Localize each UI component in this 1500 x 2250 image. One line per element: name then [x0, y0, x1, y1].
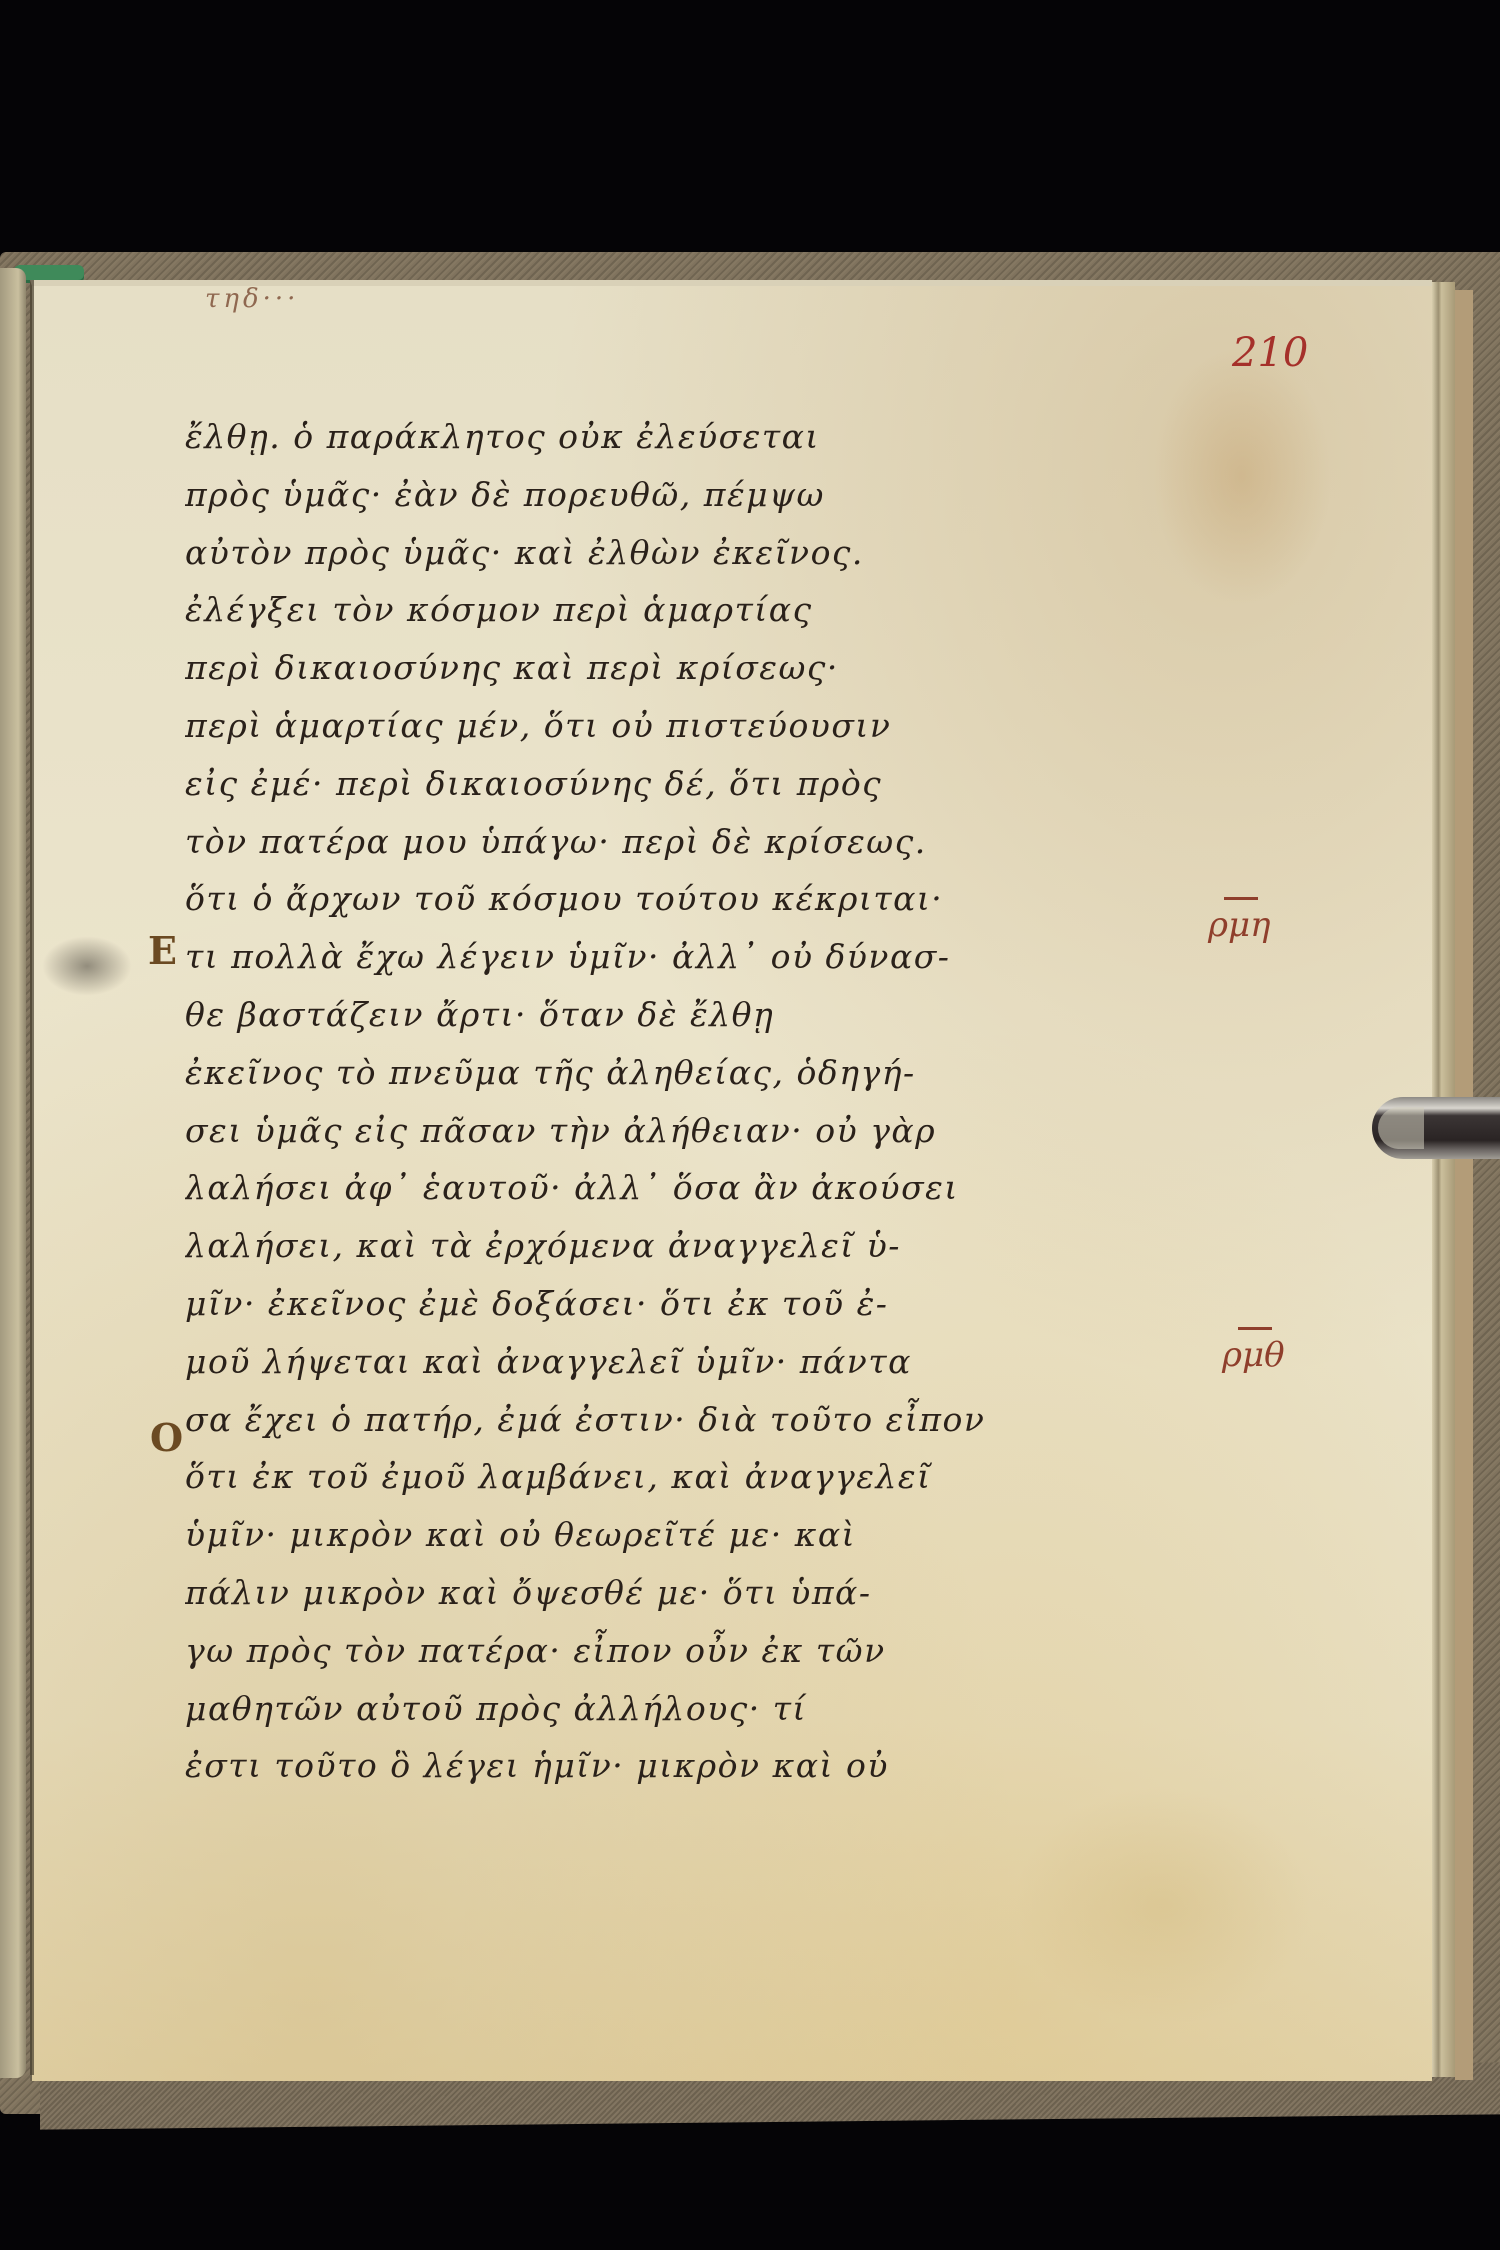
main-text-block: ἔλθῃ. ὁ παράκλητος οὐκ ἐλεύσεται πρὸς ὑμ…: [185, 408, 1145, 1795]
text-line: σει ὑμᾶς εἰς πᾶσαν τὴν ἀλήθειαν· οὐ γὰρ: [185, 1102, 1145, 1160]
decorated-initial: Ε: [148, 928, 177, 973]
text-line: λαλήσει, καὶ τὰ ἐρχόμενα ἀναγγελεῖ ὑ-: [185, 1217, 1145, 1275]
text-line: ὑμῖν· μικρὸν καὶ οὐ θεωρεῖτέ με· καὶ: [185, 1506, 1145, 1564]
stain: [42, 936, 132, 996]
bookmark-clip-icon: [1372, 1097, 1500, 1159]
board-inner-edge: [1455, 290, 1473, 2080]
text-line: περὶ ἁμαρτίας μέν, ὅτι οὐ πιστεύουσιν: [185, 697, 1145, 755]
text-line: ἐκεῖνος τὸ πνεῦμα τῆς ἀληθείας, ὁδηγή-: [185, 1044, 1145, 1102]
text-line: μαθητῶν αὐτοῦ πρὸς ἀλλήλους· τί: [185, 1680, 1145, 1738]
stain: [1152, 346, 1332, 606]
decorated-initial: Ο: [150, 1415, 183, 1460]
margin-section-number: ρμθ: [1222, 1335, 1285, 1375]
running-title: τηδ···: [205, 284, 299, 314]
folio-number: 210: [1232, 330, 1308, 376]
text-line: εἰς ἐμέ· περὶ δικαιοσύνης δέ, ὅτι πρὸς: [185, 755, 1145, 813]
text-line: γω πρὸς τὸν πατέρα· εἶπον οὖν ἐκ τῶν: [185, 1622, 1145, 1680]
text-line: λαλήσει ἀφ᾽ ἑαυτοῦ· ἀλλ᾽ ὅσα ἂν ἀκούσει: [185, 1159, 1145, 1217]
text-line: μοῦ λήψεται καὶ ἀναγγελεῖ ὑμῖν· πάντα: [185, 1333, 1145, 1391]
text-line: ὅτι ὁ ἄρχων τοῦ κόσμου τούτου κέκριται·: [185, 870, 1145, 928]
text-line: ὅτι ἐκ τοῦ ἐμοῦ λαμβάνει, καὶ ἀναγγελεῖ: [185, 1448, 1145, 1506]
text-line: πρὸς ὑμᾶς· ἐὰν δὲ πορευθῶ, πέμψω: [185, 466, 1145, 524]
text-line: ἐστι τοῦτο ὃ λέγει ἡμῖν· μικρὸν καὶ οὐ: [185, 1737, 1145, 1795]
text-line: μῖν· ἐκεῖνος ἐμὲ δοξάσει· ὅτι ἐκ τοῦ ἐ-: [185, 1275, 1145, 1333]
text-line: θε βαστάζειν ἄρτι· ὅταν δὲ ἔλθῃ: [185, 986, 1145, 1044]
previous-page-edge: [0, 268, 26, 2078]
stain: [1012, 1786, 1312, 2026]
text-line: σα ἔχει ὁ πατήρ, ἐμά ἐστιν· διὰ τοῦτο εἶ…: [185, 1391, 1145, 1449]
margin-section-number: ρμη: [1208, 905, 1270, 945]
text-line: αὐτὸν πρὸς ὑμᾶς· καὶ ἐλθὼν ἐκεῖνος.: [185, 524, 1145, 582]
gutter-crease: [30, 280, 34, 2075]
text-line: τι πολλὰ ἔχω λέγειν ὑμῖν· ἀλλ᾽ οὐ δύνασ-: [185, 928, 1145, 986]
text-line: περὶ δικαιοσύνης καὶ περὶ κρίσεως·: [185, 639, 1145, 697]
text-line: τὸν πατέρα μου ὑπάγω· περὶ δὲ κρίσεως.: [185, 813, 1145, 871]
text-line: ἔλθῃ. ὁ παράκλητος οὐκ ἐλεύσεται: [185, 408, 1145, 466]
text-line: ἐλέγξει τὸν κόσμον περὶ ἁμαρτίας: [185, 581, 1145, 639]
text-line: πάλιν μικρὸν καὶ ὄψεσθέ με· ὅτι ὑπά-: [185, 1564, 1145, 1622]
